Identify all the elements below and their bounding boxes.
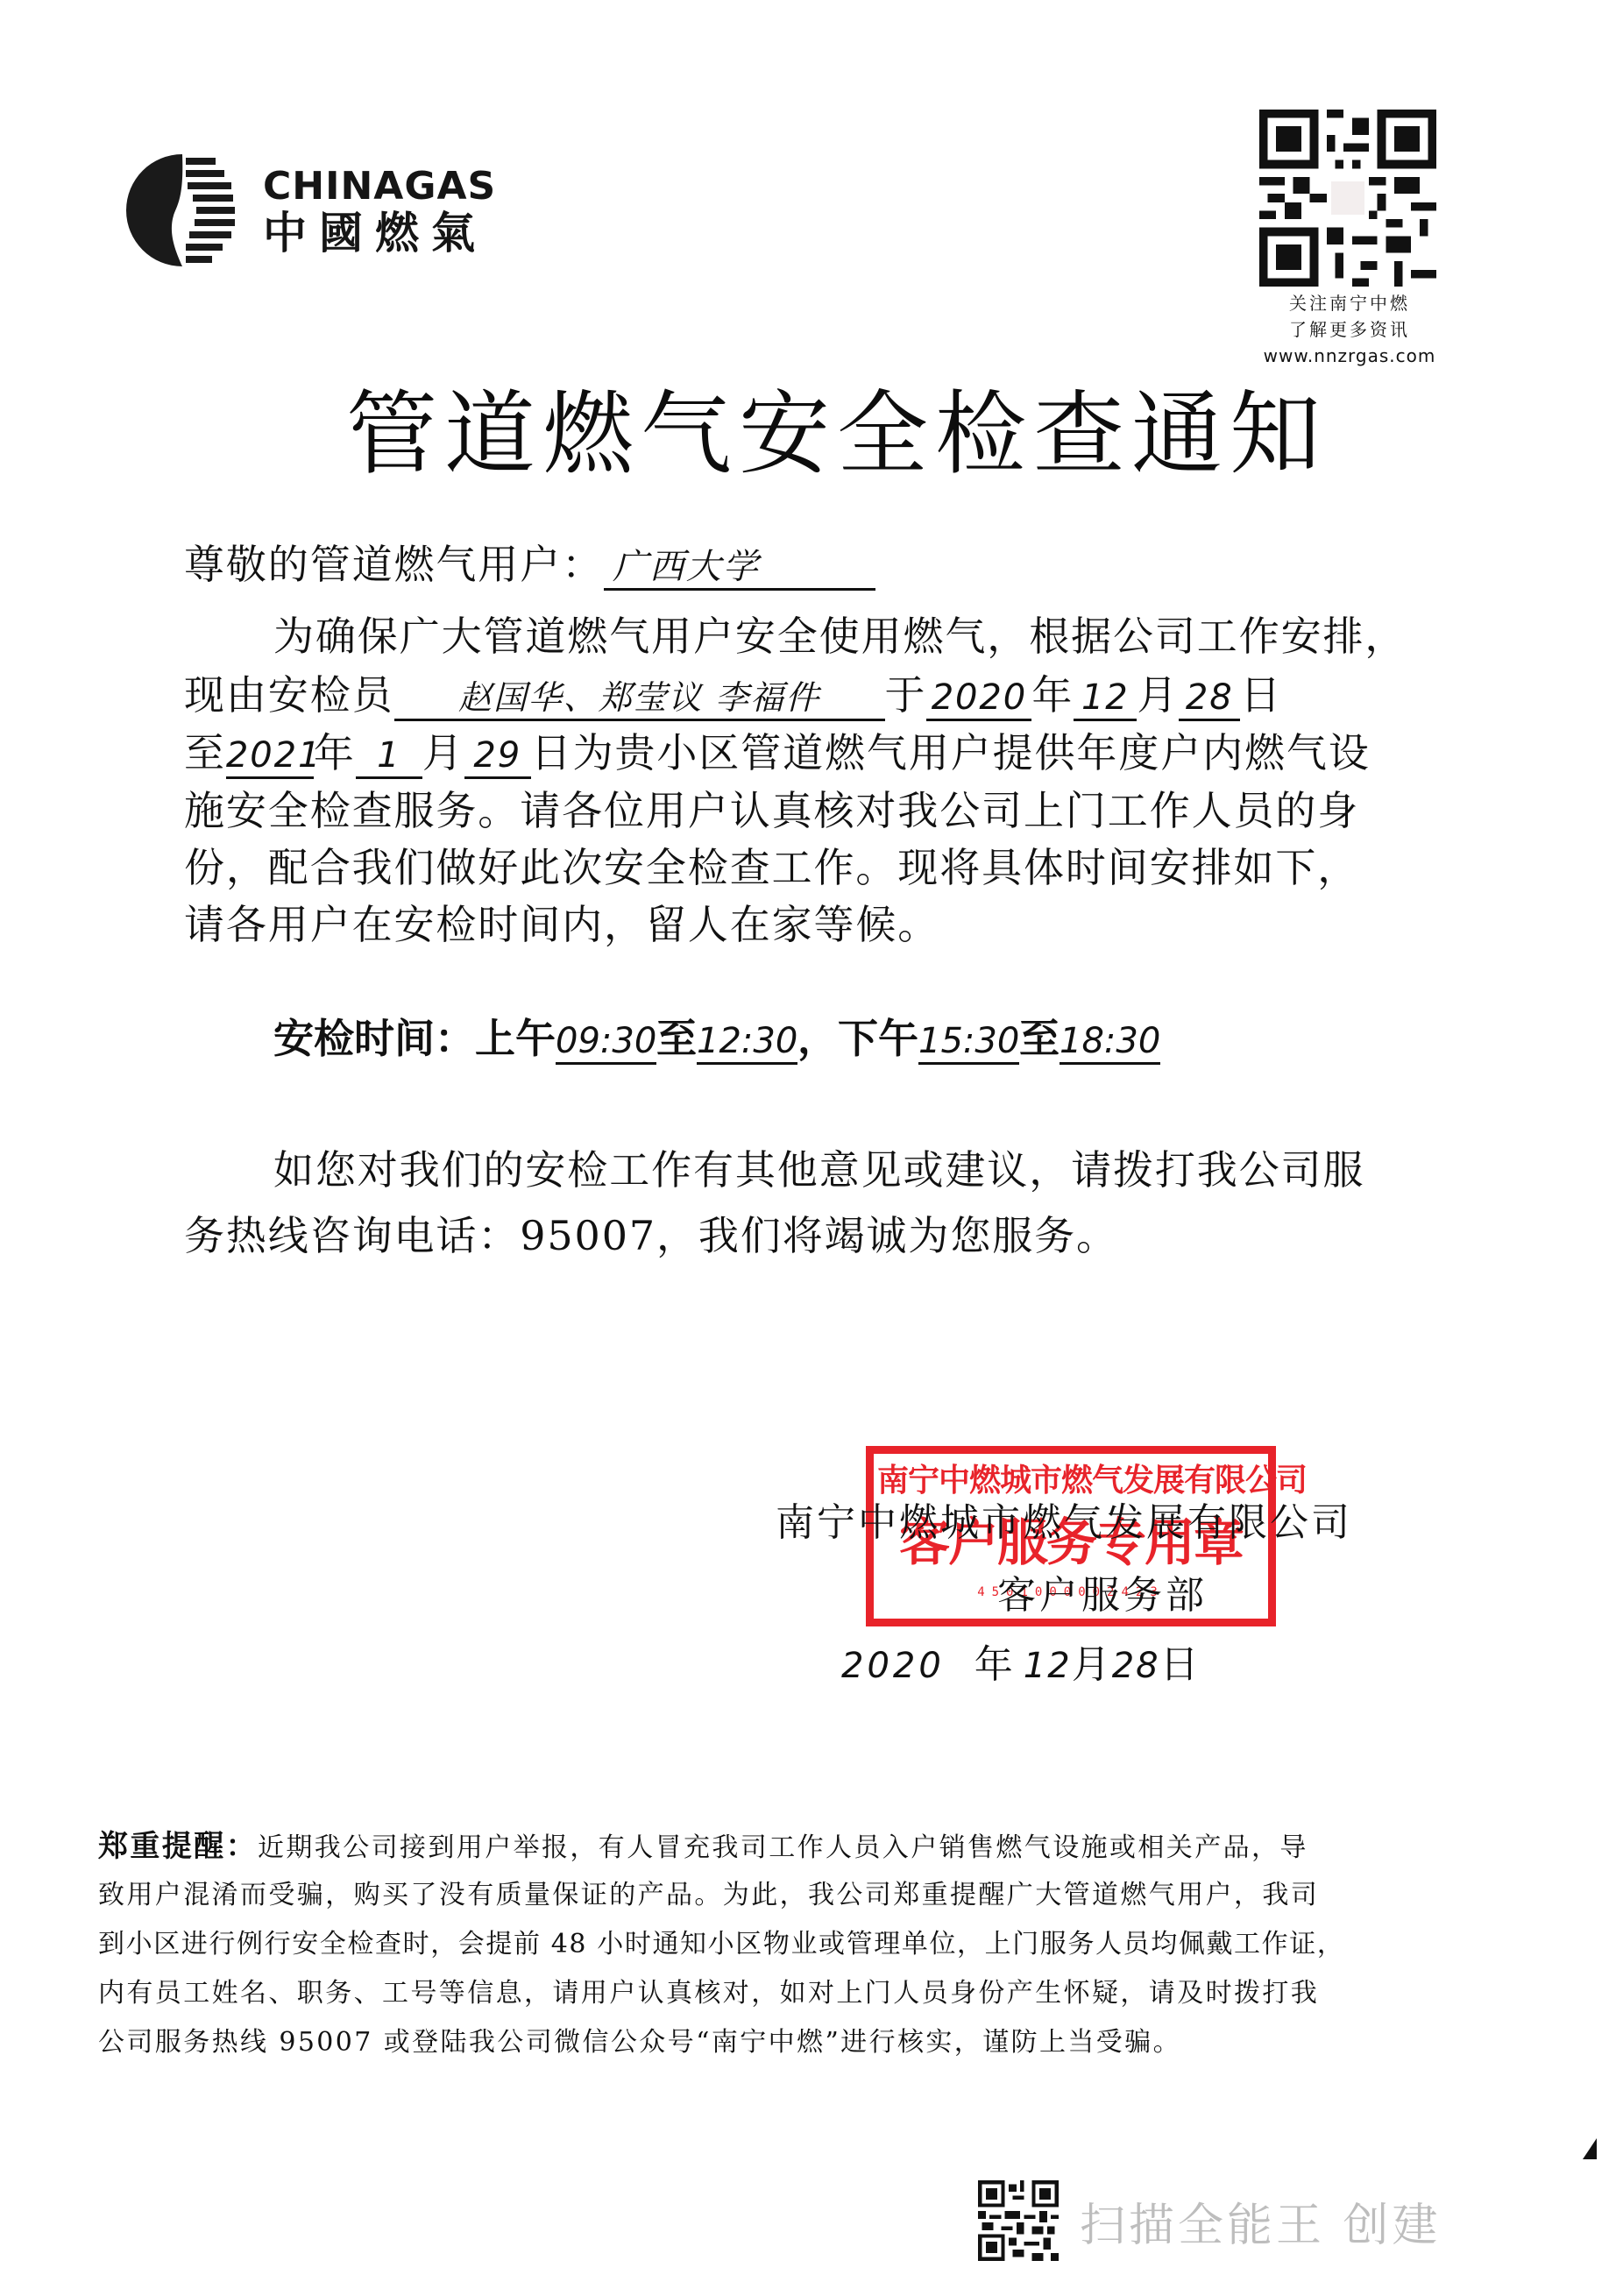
qr-caption-url[interactable]: www.nnzrgas.com [1227,344,1472,368]
am-end-field[interactable]: 12:30 [697,1020,797,1065]
month-label: 月 [422,729,464,776]
wechat-qr-code-icon[interactable] [1255,110,1441,287]
pm-label: 下午 [838,1015,918,1062]
logo-text-cn: 中國燃氣 [263,209,487,258]
para1-line6: 请各用户在安检时间内，留人在家等候。 [184,898,939,951]
para1-line5: 份，配合我们做好此次安全检查工作。现将具体时间安排如下， [184,841,1359,894]
pm-start-field[interactable]: 15:30 [918,1020,1019,1065]
schedule-line: 安检时间：上午09:30至12:30，下午15:30至18:30 [273,1012,1160,1065]
para1-line3-text: 日为贵小区管道燃气用户提供年度户内燃气设 [531,729,1371,776]
am-label: 上午 [475,1015,556,1062]
zhi-text: 至 [184,729,226,776]
date-month: 12 [1024,1646,1072,1686]
logo-text-en: CHINAGAS [263,165,496,209]
reminder-line3: 到小区进行例行安全检查时，会提前 48 小时通知小区物业或管理单位，上门服务人员… [98,1920,1344,1969]
para2-line1: 如您对我们的安检工作有其他意见或建议，请拨打我公司服 [273,1144,1364,1196]
day-label: 日 [1160,1642,1201,1687]
date-day: 28 [1112,1646,1160,1686]
end-year-field[interactable]: 2021 [226,734,314,779]
start-day-field[interactable]: 28 [1179,677,1240,721]
qr-caption-line2: 了解更多资讯 [1227,317,1472,342]
year-label: 年 [1031,671,1074,719]
inspector-label: 现由安检员 [184,671,394,719]
camscanner-qr-icon [978,2180,1059,2261]
chinagas-logo-icon [123,154,235,266]
schedule-label: 安检时间： [273,1015,475,1062]
reminder-line1: 郑重提醒：近期我公司接到用户举报，有人冒充我司工作人员入户销售燃气设施或相关产品… [98,1822,1308,1873]
reminder-line2: 致用户混淆而受骗，购买了没有质量保证的产品。为此，我公司郑重提醒广大管道燃气用户… [98,1871,1319,1920]
customer-name-field[interactable]: 广西大学 [604,546,875,591]
day-label: 日 [1240,671,1282,719]
qr-caption-line1: 关注南宁中燃 [1227,291,1472,315]
year-label: 年 [975,1642,1015,1687]
yu-text: 于 [885,671,927,719]
start-year-field[interactable]: 2020 [926,677,1031,721]
end-month-field[interactable]: 1 [356,734,422,779]
greeting-label: 尊敬的管道燃气用户： [184,541,604,588]
greeting-line: 尊敬的管道燃气用户：广西大学 [184,538,875,591]
watermark-text: 扫描全能王 创建 [1080,2198,1442,2254]
para1-line3: 至2021年1月29日为贵小区管道燃气用户提供年度户内燃气设 [184,726,1371,779]
reminder-text: 近期我公司接到用户举报，有人冒充我司工作人员入户销售燃气设施或相关产品，导 [258,1832,1308,1863]
para1-line1: 为确保广大管道燃气用户安全使用燃气，根据公司工作安排， [273,610,1407,663]
scan-edge-mark [1583,2138,1597,2159]
month-label: 月 [1072,1642,1112,1687]
date-year: 2020 [841,1646,945,1686]
signature-date: 2020 年12月28日 [841,1641,1201,1690]
page-title: 管道燃气安全检查通知 [346,377,1328,491]
para2-line2: 务热线咨询电话：95007，我们将竭诚为您服务。 [184,1209,1118,1262]
para1-line2: 现由安检员赵国华、郑莹议 李福件于2020年12月28日 [184,669,1282,721]
para1-line4: 施安全检查服务。请各位用户认真核对我公司上门工作人员的身 [184,784,1359,837]
signature-department: 客户服务部 [997,1571,1208,1620]
to-label: 至 [656,1015,697,1062]
start-month-field[interactable]: 12 [1074,677,1137,721]
reminder-line4: 内有员工姓名、职务、工号等信息，请用户认真核对，如对上门人员身份产生怀疑，请及时… [98,1969,1319,2018]
signature-company: 南宁中燃城市燃气发展有限公司 [776,1499,1352,1548]
month-label: 月 [1137,671,1179,719]
reminder-line5: 公司服务热线 95007 或登陆我公司微信公众号“南宁中燃”进行核实，谨防上当受… [98,2018,1181,2067]
separator: ， [797,1015,838,1062]
end-day-field[interactable]: 29 [464,734,531,779]
inspectors-field[interactable]: 赵国华、郑莹议 李福件 [394,677,885,721]
pm-end-field[interactable]: 18:30 [1060,1020,1160,1065]
am-start-field[interactable]: 09:30 [556,1020,656,1065]
to-label: 至 [1019,1015,1060,1062]
reminder-label: 郑重提醒： [98,1829,258,1864]
